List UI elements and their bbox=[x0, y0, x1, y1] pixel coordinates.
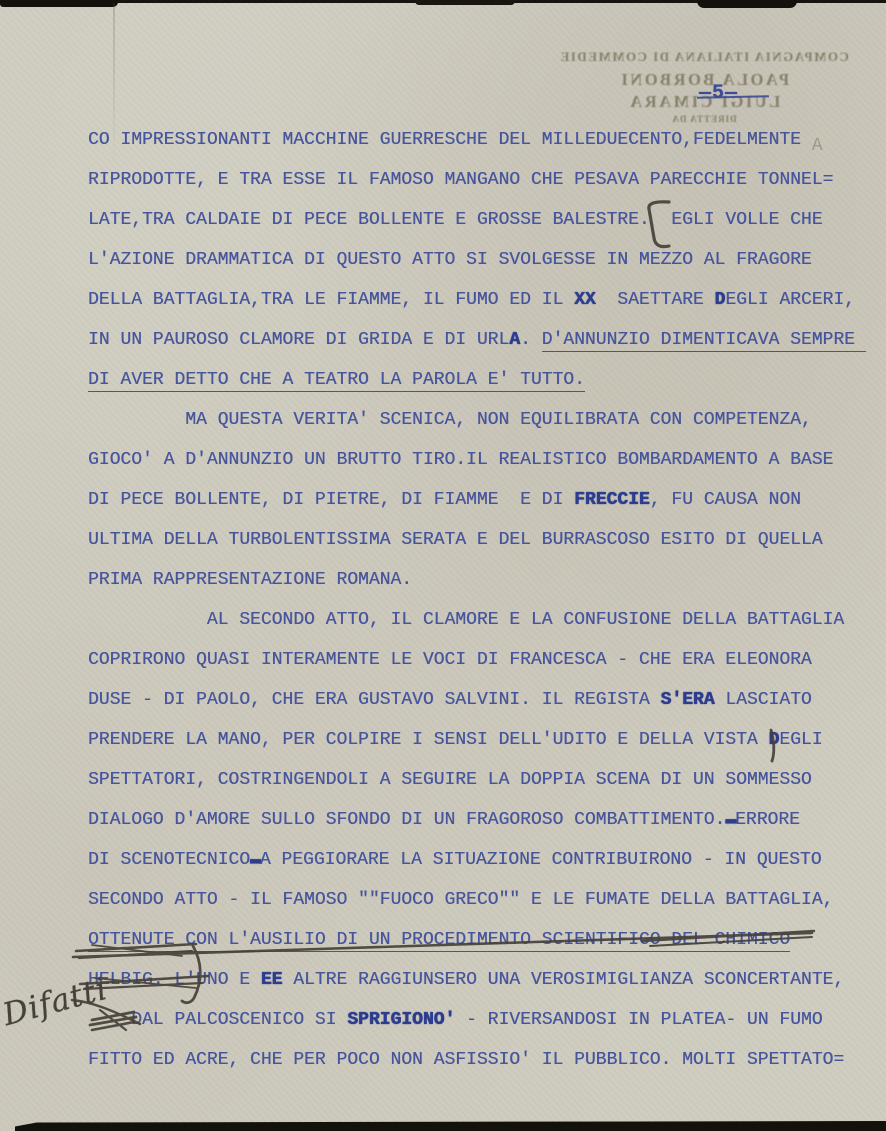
text-run: FRECCIE bbox=[574, 490, 650, 510]
typed-line: DAL PALCOSCENICO SI SPRIGIONO' - RIVERSA… bbox=[88, 1000, 866, 1040]
text-run: LATE,TRA CALDAIE DI PECE BOLLENTE E GROS… bbox=[88, 210, 823, 230]
typed-line: DELLA BATTAGLIA,TRA LE FIAMME, IL FUMO E… bbox=[88, 280, 866, 320]
typed-line: AL SECONDO ATTO, IL CLAMORE E LA CONFUSI… bbox=[88, 600, 866, 640]
text-run: D bbox=[715, 290, 726, 310]
text-run: PRENDERE LA MANO, PER COLPIRE I SENSI DE… bbox=[88, 730, 769, 750]
typed-line: OTTENUTE CON L'AUSILIO DI UN PROCEDIMENT… bbox=[88, 920, 866, 960]
typed-line: L'AZIONE DRAMMATICA DI QUESTO ATTO SI SV… bbox=[88, 240, 866, 280]
text-run: D bbox=[769, 730, 780, 750]
typed-line: PRENDERE LA MANO, PER COLPIRE I SENSI DE… bbox=[88, 720, 866, 760]
page-number: —5— bbox=[699, 82, 738, 105]
text-run: L'AZIONE DRAMMATICA DI QUESTO ATTO SI SV… bbox=[88, 250, 812, 270]
text-run: CO IMPRESSIONANTI MACCHINE GUERRESCHE DE… bbox=[88, 130, 801, 150]
text-run: FITTO ED ACRE, CHE PER POCO NON ASFISSIO… bbox=[88, 1050, 844, 1070]
text-run: GIOCO' A D'ANNUNZIO UN BRUTTO TIRO.IL RE… bbox=[88, 450, 833, 470]
text-run: SECONDO ATTO - IL FAMOSO ""FUOCO GRECO""… bbox=[88, 890, 833, 910]
scan-edge-bottom bbox=[15, 1121, 886, 1131]
text-run: COPRIRONO QUASI INTERAMENTE LE VOCI DI F… bbox=[88, 650, 812, 670]
scan-edge-top-left bbox=[0, 0, 118, 7]
text-run: EGLI bbox=[779, 730, 822, 750]
text-run: A PEGGIORARE LA SITUAZIONE CONTRIBUIRONO… bbox=[260, 850, 822, 870]
text-run: - RIVERSANDOSI IN PLATEA- UN FUMO bbox=[455, 1010, 822, 1030]
text-run: D'ANNUNZIO DIMENTICAVA SEMPRE bbox=[542, 330, 866, 352]
text-run: HELBIG. L'UNO E bbox=[88, 970, 261, 990]
typed-line: CO IMPRESSIONANTI MACCHINE GUERRESCHE DE… bbox=[88, 120, 866, 160]
text-run: ULTIMA DELLA TURBOLENTISSIMA SERATA E DE… bbox=[88, 530, 823, 550]
typed-line: FITTO ED ACRE, CHE PER POCO NON ASFISSIO… bbox=[88, 1040, 866, 1080]
text-run: EGLI ARCERI, bbox=[725, 290, 855, 310]
typed-line: RIPRODOTTE, E TRA ESSE IL FAMOSO MANGANO… bbox=[88, 160, 866, 200]
typed-line: DUSE - DI PAOLO, CHE ERA GUSTAVO SALVINI… bbox=[88, 680, 866, 720]
text-run: PRIMA RAPPRESENTAZIONE ROMANA. bbox=[88, 570, 412, 590]
text-run: SPETTATORI, COSTRINGENDOLI A SEGUIRE LA … bbox=[88, 770, 812, 790]
typed-line: DI SCENOTECNICO▬A PEGGIORARE LA SITUAZIO… bbox=[88, 840, 866, 880]
text-run: DUSE - DI PAOLO, CHE ERA GUSTAVO SALVINI… bbox=[88, 690, 661, 710]
typed-line: DI AVER DETTO CHE A TEATRO LA PAROLA E' … bbox=[88, 360, 866, 400]
typed-line: HELBIG. L'UNO E EE ALTRE RAGGIUNSERO UNA… bbox=[88, 960, 866, 1000]
typed-line: MA QUESTA VERITA' SCENICA, NON EQUILIBRA… bbox=[88, 400, 866, 440]
text-run: EE bbox=[261, 970, 283, 990]
text-run: . bbox=[520, 330, 542, 350]
text-run: DI AVER DETTO CHE A TEATRO LA PAROLA E' … bbox=[88, 370, 585, 392]
typed-line: LATE,TRA CALDAIE DI PECE BOLLENTE E GROS… bbox=[88, 200, 866, 240]
text-run: AL SECONDO ATTO, IL CLAMORE E LA CONFUSI… bbox=[88, 610, 844, 630]
typed-line: SPETTATORI, COSTRINGENDOLI A SEGUIRE LA … bbox=[88, 760, 866, 800]
text-run: DELLA BATTAGLIA,TRA LE FIAMME, IL FUMO E… bbox=[88, 290, 574, 310]
stamp-line: COMPAGNIA ITALIANA DI COMMEDIE bbox=[528, 49, 880, 65]
text-run: S'ERA bbox=[661, 690, 715, 710]
scan-edge-top-right bbox=[697, 0, 797, 8]
text-run: XX bbox=[574, 290, 596, 310]
typed-line: ULTIMA DELLA TURBOLENTISSIMA SERATA E DE… bbox=[88, 520, 866, 560]
text-run: , FU CAUSA NON bbox=[650, 490, 801, 510]
text-run: DAL PALCOSCENICO SI bbox=[88, 1010, 347, 1030]
text-run: MA QUESTA VERITA' SCENICA, NON EQUILIBRA… bbox=[88, 410, 812, 430]
typed-line: DI PECE BOLLENTE, DI PIETRE, DI FIAMME E… bbox=[88, 480, 866, 520]
scan-edge-top-mid bbox=[415, 0, 515, 5]
text-run: DIALOGO D'AMORE SULLO SFONDO DI UN FRAGO… bbox=[88, 810, 725, 830]
text-run: ▬ bbox=[250, 850, 260, 870]
typed-line: DIALOGO D'AMORE SULLO SFONDO DI UN FRAGO… bbox=[88, 800, 866, 840]
typed-line: IN UN PAUROSO CLAMORE DI GRIDA E DI URLA… bbox=[88, 320, 866, 360]
text-run: ALTRE RAGGIUNSERO UNA VEROSIMIGLIANZA SC… bbox=[282, 970, 844, 990]
typescript-scan-page: COMPAGNIA ITALIANA DI COMMEDIEPAOLA BORB… bbox=[0, 0, 886, 1131]
text-run: ERRORE bbox=[735, 810, 800, 830]
text-run: SAETTARE bbox=[596, 290, 715, 310]
typed-line: SECONDO ATTO - IL FAMOSO ""FUOCO GRECO""… bbox=[88, 880, 866, 920]
text-run: LASCIATO bbox=[715, 690, 812, 710]
typed-line: COPRIRONO QUASI INTERAMENTE LE VOCI DI F… bbox=[88, 640, 866, 680]
typed-line: PRIMA RAPPRESENTAZIONE ROMANA. bbox=[88, 560, 866, 600]
typed-text-block: CO IMPRESSIONANTI MACCHINE GUERRESCHE DE… bbox=[88, 120, 866, 1080]
paper-crease bbox=[113, 3, 115, 163]
text-run: RIPRODOTTE, E TRA ESSE IL FAMOSO MANGANO… bbox=[88, 170, 833, 190]
text-run: IN UN PAUROSO CLAMORE DI GRIDA E DI URL bbox=[88, 330, 509, 350]
typed-line: GIOCO' A D'ANNUNZIO UN BRUTTO TIRO.IL RE… bbox=[88, 440, 866, 480]
text-run: A bbox=[801, 136, 823, 156]
text-run: A bbox=[509, 330, 520, 350]
text-run: OTTENUTE CON L'AUSILIO DI UN PROCEDIMENT… bbox=[88, 930, 790, 952]
text-run: DI SCENOTECNICO bbox=[88, 850, 250, 870]
text-run: SPRIGIONO' bbox=[347, 1010, 455, 1030]
text-run: ▬ bbox=[725, 810, 735, 830]
text-run: DI PECE BOLLENTE, DI PIETRE, DI FIAMME E… bbox=[88, 490, 574, 510]
